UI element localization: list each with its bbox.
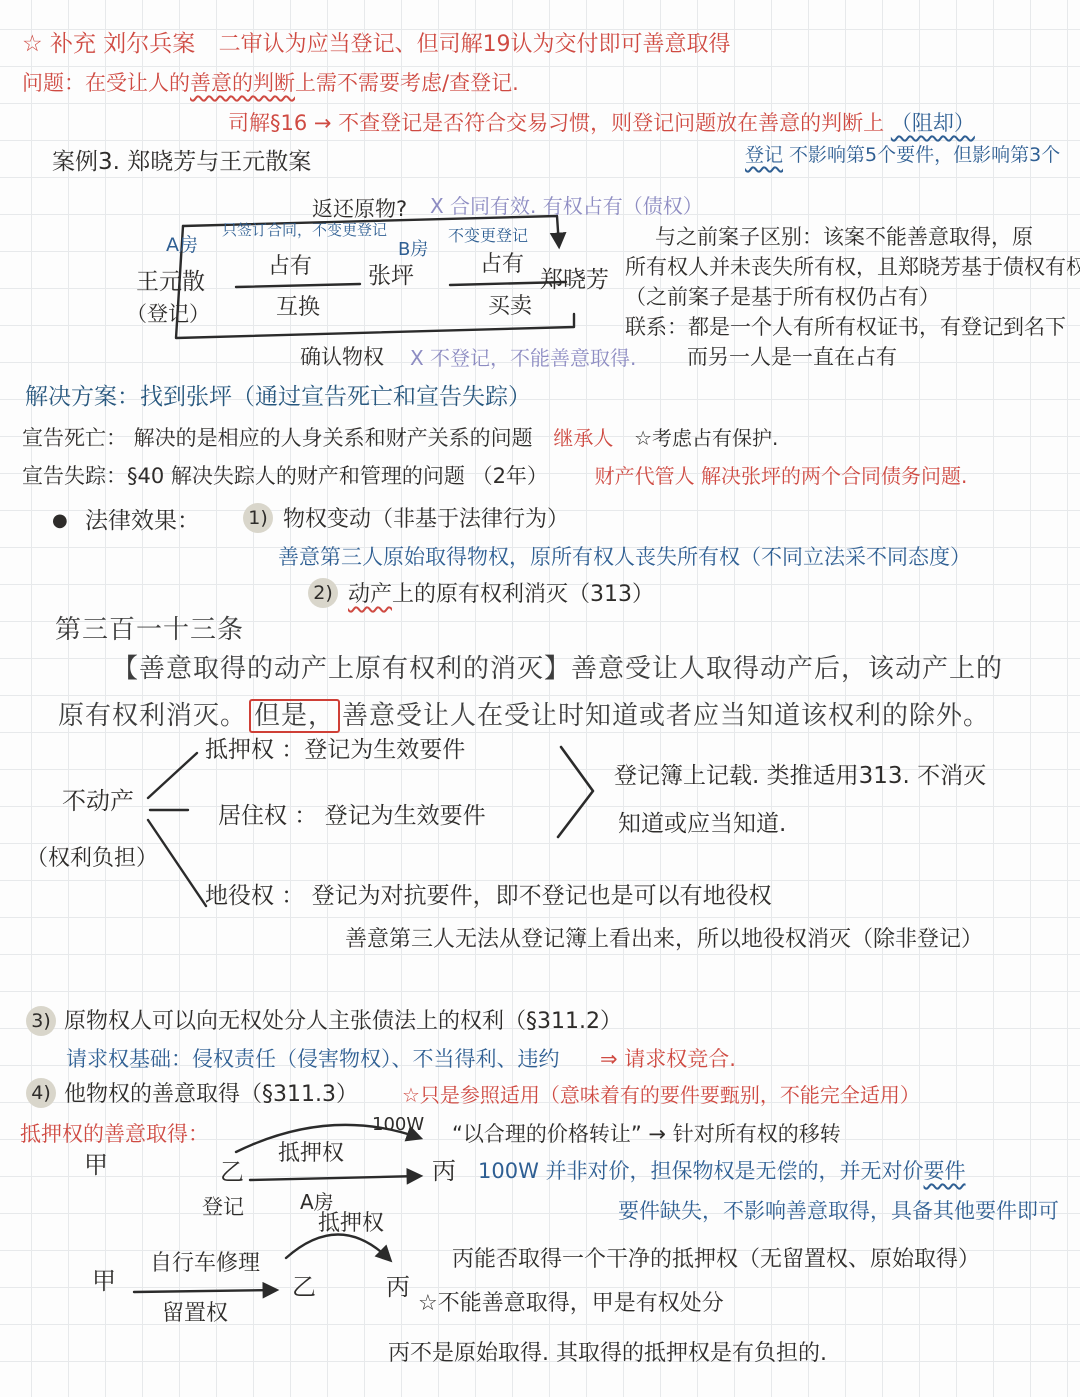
supplement-title: 补充 刘尔兵案: [50, 31, 195, 57]
tree-branch-1: [148, 753, 197, 798]
lien-note-2: ☆不能善意取得，甲是有权处分: [418, 1290, 724, 1318]
question-pre: 问题：在受让人的: [22, 71, 190, 95]
lien-jia-node: 甲: [92, 1266, 116, 1296]
lien-bing-node: 丙: [386, 1272, 410, 1302]
lien-arrow: [134, 1290, 276, 1292]
declare-missing-text: 宣告失踪：§40 解决失踪人的财产和管理的问题 （2年）: [22, 464, 548, 488]
statute-line2-post: 善意受让人在受让时知道或者应当知道该权利的除外。: [342, 701, 990, 731]
exchange-line: [236, 284, 360, 287]
question-line: 问题：在受让人的善意的判断上需不需要考虑/查登记.: [22, 70, 519, 96]
declare-missing-line: 宣告失踪：§40 解决失踪人的财产和管理的问题 （2年） 财产代管人 解决张坪的…: [22, 463, 967, 489]
b-house-label: B房: [398, 239, 428, 262]
supplement-note: ☆ 补充 刘尔兵案 二审认为应当登记、但司解19认为交付即可善意取得: [22, 30, 731, 59]
owner-node: 王元散: [136, 268, 205, 297]
mortgage-arrow-label: 抵押权: [278, 1140, 344, 1168]
mortgage-arrow: [250, 1176, 420, 1180]
tree-mortgage: 抵押权 ：登记为生效要件: [205, 736, 465, 765]
effects-item2-text: 上的原有权利消灭（313）: [392, 582, 654, 607]
tree-root-sub: （权利负担）: [26, 845, 158, 873]
circled-number-3: 3): [26, 1006, 56, 1036]
mortgage-yi-registered: 登记: [202, 1194, 244, 1220]
point4-note: ☆只是参照适用（意味着有的要件要甄别，不能完全适用）: [402, 1083, 920, 1108]
blue-note-text: 不影响第5个要件，但影响第3个: [783, 144, 1060, 166]
star-icon: ☆: [22, 31, 43, 57]
declare-death-line: 宣告死亡： 解决的是相应的人身关系和财产关系的问题 继承人 ☆考虑占有保护.: [22, 425, 778, 451]
handwritten-notes-page: ☆ 补充 刘尔兵案 二审认为应当登记、但司解19认为交付即可善意取得 问题：在受…: [0, 0, 1080, 1397]
point3-text: 原物权人可以向无权处分人主张债法上的权利（§311.2）: [64, 1008, 622, 1036]
lien-arrow-label: 自行车修理: [150, 1250, 260, 1278]
buyer-node: 郑晓芳: [540, 266, 609, 295]
link2-possess: 占有: [480, 251, 524, 279]
possession-protection-note: ☆考虑占有保护.: [634, 426, 778, 450]
confirm-answer: X 不登记，不能善意取得.: [410, 346, 636, 371]
bullet-icon: ●: [52, 510, 68, 533]
effects-label: 法律效果：: [85, 507, 200, 536]
mortgage-amount-label: 100W: [372, 1114, 424, 1137]
mortgage-note-1-wavy: 要件: [924, 1159, 966, 1183]
effects-item1-note: 善意第三人原始取得物权，原所有权人丧失所有权（不同立法采不同态度）: [278, 544, 971, 570]
mortgage-note-2: 要件缺失，不影响善意取得，具备其他要件即可: [618, 1198, 1059, 1224]
mortgage-yi-node: 乙: [220, 1157, 244, 1187]
heir-note: 继承人: [553, 426, 613, 450]
note-line: （之前案子是基于所有权仍占有）: [625, 282, 1080, 312]
lien-note-1: 丙能否取得一个干净的抵押权（无留置权、原始取得）: [452, 1246, 980, 1274]
mortgage-note-1: 100W 并非对价，担保物权是无偿的，并无对价要件: [478, 1158, 966, 1184]
mortgage-bing-node: 丙: [432, 1156, 456, 1186]
supplement-holding: 二审认为应当登记、但司解19认为交付即可善意取得: [219, 32, 731, 57]
tree-root: 不动产: [62, 786, 134, 816]
mortgage-note-1-pre: 100W 并非对价，担保物权是无偿的，并无对价: [478, 1159, 924, 1183]
return-answer: X 合同有效. 有权占有（债权）: [430, 194, 703, 219]
note-line: 与之前案子区别：该案不能善意取得，原: [625, 222, 1080, 252]
statute-number: 第三百一十三条: [55, 614, 244, 647]
lien-arrow-sub: 留置权: [162, 1300, 228, 1328]
point3-basis: 请求权基础：侵权责任（侵害物权）、不当得利、违约: [66, 1046, 560, 1072]
tree-easement: 地役权 ： 登记为对抗要件，即不登记也是可以有地役权: [205, 882, 772, 911]
mortgage-case-title: 抵押权的善意取得：: [20, 1121, 209, 1147]
rule-blue: （阻却）: [891, 111, 975, 135]
rule-pre: 司解§16 → 不查登记是否符合交易习惯，则登记问题放在善意的判断上: [228, 111, 884, 135]
blue-note-wavy: 登记: [745, 144, 783, 166]
circled-number-2: 2): [308, 578, 338, 608]
blue-note-right: 登记 不影响第5个要件，但影响第3个: [745, 144, 1060, 168]
result-brace: [558, 747, 593, 837]
question-wavy: 善意的判断: [190, 71, 295, 95]
link1-exchange: 互换: [276, 294, 320, 322]
lien-curve-arrow: [286, 1234, 390, 1260]
mortgage-jia-node: 甲: [84, 1150, 108, 1180]
point4-text: 他物权的善意取得（§311.3）: [64, 1081, 358, 1109]
statute-however-boxed: 但是，: [249, 699, 340, 733]
statute-line2-pre: 原有权利消灭。: [58, 701, 247, 731]
reasonable-price-quote: “以合理的价格转让” → 针对所有权的移转: [452, 1121, 841, 1147]
effects-item2: 动产上的原有权利消灭（313）: [348, 581, 654, 609]
lien-curve-label: 抵押权: [318, 1210, 384, 1238]
circled-number-4: 4): [26, 1078, 56, 1108]
a-house-label: A房: [166, 234, 198, 258]
case-title: 案例3. 郑晓芳与王元散案: [52, 148, 311, 177]
middle-node: 张坪: [368, 262, 414, 291]
question-post: 上需不需要考虑/查登记.: [295, 71, 519, 95]
tree-residence: 居住权 ： 登记为生效要件: [218, 802, 486, 831]
solution-plan: 解决方案：找到张坪（通过宣告死亡和宣告失踪）: [25, 383, 531, 412]
link1-possess: 占有: [268, 253, 312, 281]
effects-item2-number: 2): [308, 578, 338, 608]
case-comparison-notes: 与之前案子区别：该案不能善意取得，原 所有权人并未丧失所有权，且郑晓芳基于债权有…: [625, 222, 1080, 372]
effects-item2-wavy: 动产: [348, 582, 392, 607]
tree-easement-note: 善意第三人无法从登记簿上看出来，所以地役权消灭（除非登记）: [345, 926, 983, 954]
effects-item1-number: 1): [243, 503, 273, 533]
rule-line: 司解§16 → 不查登记是否符合交易习惯，则登记问题放在善意的判断上 （阻却）: [228, 110, 975, 136]
statute-line1: 【善意取得的动产上原有权利的消灭】善意受让人取得动产后，该动产上的: [112, 653, 1003, 686]
link1-note: 只签订合同，不变更登记: [222, 221, 387, 240]
lien-note-3: 丙不是原始取得. 其取得的抵押权是有负担的.: [388, 1340, 827, 1368]
point4-number: 4): [26, 1078, 56, 1108]
point3-concurrence: ⇒ 请求权竞合.: [600, 1046, 736, 1072]
statute-line2: 原有权利消灭。但是，善意受让人在受让时知道或者应当知道该权利的除外。: [58, 700, 990, 733]
custodian-note: 财产代管人 解决张坪的两个合同债务问题.: [595, 464, 968, 488]
confirm-label: 确认物权: [300, 344, 384, 370]
lien-yi-node: 乙: [292, 1272, 316, 1302]
declare-death-text: 宣告死亡： 解决的是相应的人身关系和财产关系的问题: [22, 426, 533, 450]
owner-registered: （登记）: [126, 301, 210, 327]
link2-note: 不变更登记: [448, 226, 528, 246]
point3-number: 3): [26, 1006, 56, 1036]
note-line: 联系：都是一个人有所有权证书，有登记到名下: [625, 312, 1080, 342]
tree-result-1: 登记簿上记载. 类推适用313. 不消灭: [614, 762, 986, 791]
link2-sale: 买卖: [488, 293, 532, 321]
effects-item1: 物权变动（非基于法律行为）: [283, 506, 569, 534]
note-line: 而另一人是一直在占有: [625, 342, 1080, 372]
note-line: 所有权人并未丧失所有权，且郑晓芳基于债权有权占有: [625, 252, 1080, 282]
circled-number-1: 1): [243, 503, 273, 533]
return-question: 返还原物?: [312, 196, 407, 222]
tree-result-2: 知道或应当知道.: [618, 810, 786, 839]
